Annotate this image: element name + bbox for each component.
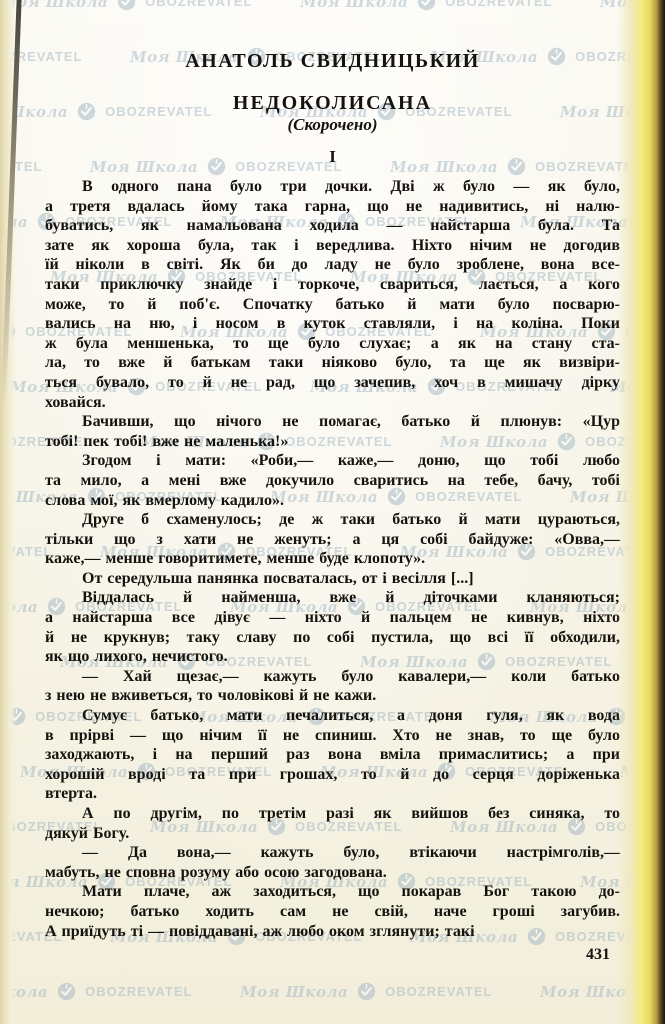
text-line: буватись, як намальована ходила — найста… [45,216,620,236]
text-line: й не крукнув; таку славу по собі пустила… [45,628,620,648]
text-line: може, то й поб'є. Спочатку батько й мати… [45,295,620,315]
author-name: АНАТОЛЬ СВИДНИЦЬКИЙ [45,0,620,72]
watermark: Моя ШколаOBOZREVATEL [240,982,492,1001]
text-line: От середульша панянка посваталась, от і … [45,569,620,589]
text-line: зате як хороша була, так і вередлива. Ні… [45,236,620,256]
text-line: ж була меншенька, то ще було слухає; а я… [45,334,620,354]
body-text: В одного пана було три дочки. Дві ж було… [45,177,620,941]
text-line: а найстарша все дівує — ніхто й пальцем … [45,608,620,628]
watermark: Моя ШколаOBOZREVATEL [0,982,192,1001]
paragraph: От середульша панянка посваталась, от і … [45,569,620,589]
page-content: АНАТОЛЬ СВИДНИЦЬКИЙ НЕДОКОЛИСАНА (Скороч… [45,0,620,964]
text-line: хорошій вроді та при грошах, то й до сер… [45,765,620,785]
text-line: Згодом і мати: «Роби,— каже,— доню, що т… [45,451,620,471]
text-line: Мати плаче, аж заходиться, що покарав Бо… [45,882,620,902]
work-subtitle: (Скорочено) [45,115,620,135]
text-line: А приїдуть ті — повіддавані, аж любо око… [45,922,620,942]
paragraph: В одного пана було три дочки. Дві ж було… [45,177,620,412]
text-line: В одного пана було три дочки. Дві ж було… [45,177,620,197]
text-line: їй ніколи в світі. Як би до ладу не було… [45,255,620,275]
text-line: — Да вона,— кажуть було, втікаючи настрі… [45,843,620,863]
text-line: а третя вдалась йому така гарна, що не н… [45,197,620,217]
watermark-brand-text: OBOZREVATEL [385,984,492,999]
text-line: та мило, а мені вже докучило сваритись н… [45,471,620,491]
paragraph: Віддалась й найменша, вже й діточками кл… [45,588,620,666]
paragraph: Бачивши, що нічого не помагає, батько й … [45,412,620,451]
text-line: в прірві — що нічим її не спиниш. Хто не… [45,726,620,746]
book-page: Моя ШколаOBOZREVATELМоя ШколаOBOZREVATEL… [0,0,665,1024]
watermark-school-text: Моя Школа [240,983,348,1001]
obozrevatel-logo-icon [57,982,76,1001]
paragraph: Друге б схаменулось; де ж таки батько й … [45,510,620,569]
text-line: тільки що з хати не женуть; а ця собі ба… [45,530,620,550]
text-line: таки приключку знайде і торкоче, сварить… [45,275,620,295]
text-line: як що лихого, нечистого. [45,647,620,667]
obozrevatel-logo-icon [357,982,376,1001]
text-line: дякуй Богу. [45,824,620,844]
paragraph: Мати плаче, аж заходиться, що покарав Бо… [45,882,620,941]
text-line: з нею не вживеться, то чоловікові й не к… [45,686,620,706]
text-line: тобі! пек тобі! вже не маленька!» [45,432,620,452]
text-line: Друге б схаменулось; де ж таки батько й … [45,510,620,530]
text-line: Віддалась й найменша, вже й діточками кл… [45,588,620,608]
text-line: ла, то вже й батькам таки ніяково було, … [45,353,620,373]
text-line: Бачивши, що нічого не помагає, батько й … [45,412,620,432]
text-line: — Хай щезає,— кажуть було кавалери,— кол… [45,667,620,687]
text-line: заходжають, і на перший раз вона вміла п… [45,745,620,765]
text-line: каже,— менше говоритимете, менше буде кл… [45,549,620,569]
text-line: втерта. [45,784,620,804]
text-line: А по другім, по третім разі як вийшов бе… [45,804,620,824]
page-right-edge [617,0,665,1024]
paragraph: А по другім, по третім разі як вийшов бе… [45,804,620,843]
paragraph: — Да вона,— кажуть було, втікаючи настрі… [45,843,620,882]
text-line: ховайся. [45,393,620,413]
text-line: вались на ню, і носом в куток ставляли, … [45,314,620,334]
paragraph: Сумує батько, мати печалиться, а доня гу… [45,706,620,804]
text-line: мабуть, не сповна розуму або осою загодо… [45,863,620,883]
page-number: 431 [45,946,620,964]
text-line: нечкою; батько ходить сам не свій, наче … [45,902,620,922]
paragraph: Згодом і мати: «Роби,— каже,— доню, що т… [45,451,620,510]
chapter-number: I [45,147,620,167]
text-line: ться бувало, то й не рад, що зачепив, хо… [45,373,620,393]
text-line: Сумує батько, мати печалиться, а доня гу… [45,706,620,726]
work-title: НЕДОКОЛИСАНА [45,92,620,114]
paragraph: — Хай щезає,— кажуть було кавалери,— кол… [45,667,620,706]
text-line: слова мої, як вмерлому кадило». [45,491,620,511]
watermark-brand-text: OBOZREVATEL [85,984,192,999]
